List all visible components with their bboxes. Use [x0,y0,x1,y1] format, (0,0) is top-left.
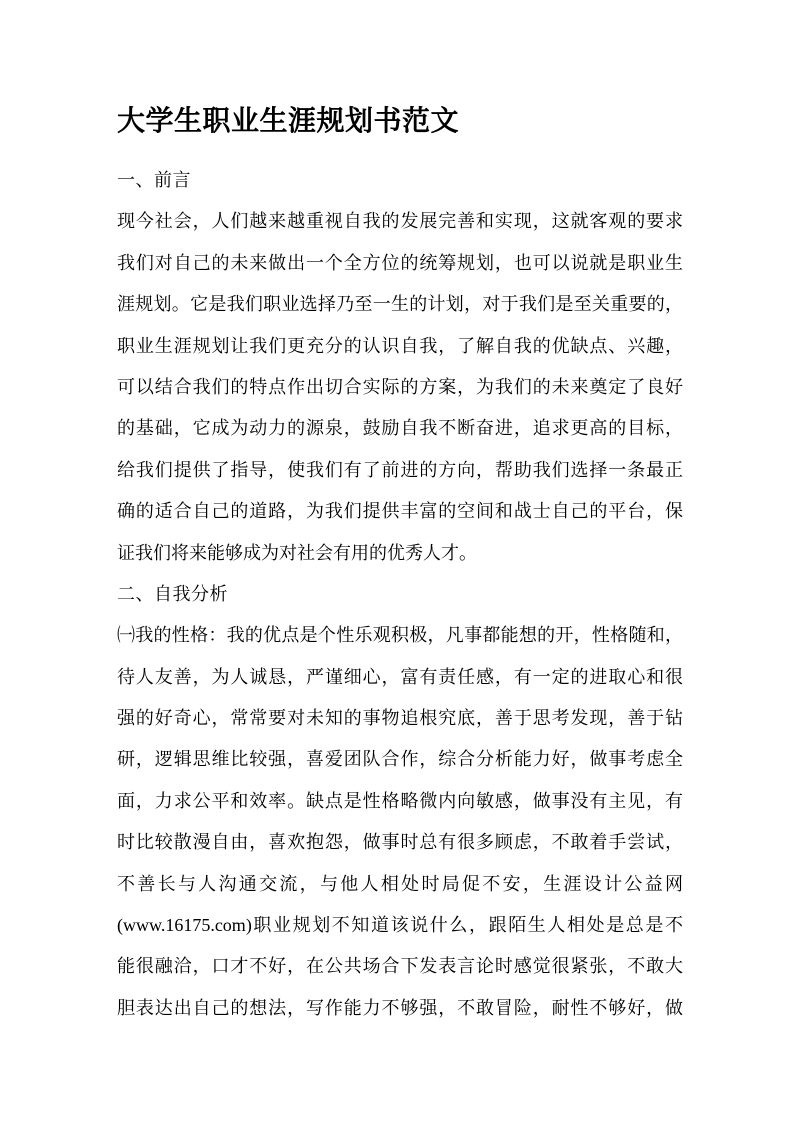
text-line: 职业生涯规划让我们更充分的认识自我，了解自我的优缺点、兴趣， [117,326,683,367]
text-line: 的基础，它成为动力的源泉，鼓励自我不断奋进，追求更高的目标， [117,408,683,449]
text-line: ㈠我的性格：我的优点是个性乐观积极，凡事都能想的开，性格随和， [117,615,683,656]
document-text: 一、前言 现今社会，人们越来越重视自我的发展完善和实现，这就客观的要求 我们对自… [117,160,683,1029]
text-line: 时比较散漫自由，喜欢抱怨，做事时总有很多顾虑，不敢着手尝试， [117,822,683,863]
text-line: 可以结合我们的特点作出切合实际的方案，为我们的未来奠定了良好 [117,367,683,408]
text-line: 待人友善，为人诚恳，严谨细心，富有责任感，有一定的进取心和很 [117,657,683,698]
text-line: 研，逻辑思维比较强，喜爱团队合作，综合分析能力好，做事考虑全 [117,739,683,780]
section-heading-preface: 一、前言 [117,160,683,201]
text-line: 不善长与人沟通交流，与他人相处时局促不安，生涯设计公益网 [117,864,683,905]
text-line: 给我们提供了指导，使我们有了前进的方向，帮助我们选择一条最正 [117,450,683,491]
text-line: 面，力求公平和效率。缺点是性格略微内向敏感，做事没有主见，有 [117,781,683,822]
document-body: 大学生职业生涯规划书范文 一、前言 现今社会，人们越来越重视自我的发展完善和实现… [0,104,683,1029]
text-line: 涯规划。它是我们职业选择乃至一生的计划，对于我们是至关重要的， [117,284,683,325]
section-heading-self-analysis: 二、自我分析 [117,574,683,615]
document-page: 大学生职业生涯规划书范文 一、前言 现今社会，人们越来越重视自我的发展完善和实现… [0,0,793,1122]
text-line: 胆表达出自己的想法，写作能力不够强，不敢冒险，耐性不够好，做 [117,988,683,1029]
text-line: 确的适合自己的道路，为我们提供丰富的空间和战士自己的平台，保 [117,491,683,532]
text-line: 能很融洽，口才不好，在公共场合下发表言论时感觉很紧张，不敢大 [117,946,683,987]
text-line-paragraph-end: 证我们将来能够成为对社会有用的优秀人才。 [117,533,683,574]
text-line: 强的好奇心，常常要对未知的事物追根究底，善于思考发现，善于钻 [117,698,683,739]
text-line: (www.16175.com)职业规划不知道该说什么，跟陌生人相处是总是不 [117,905,683,946]
text-line: 现今社会，人们越来越重视自我的发展完善和实现，这就客观的要求 [117,201,683,242]
text-line: 我们对自己的未来做出一个全方位的统筹规划，也可以说就是职业生 [117,243,683,284]
document-title: 大学生职业生涯规划书范文 [117,104,683,140]
